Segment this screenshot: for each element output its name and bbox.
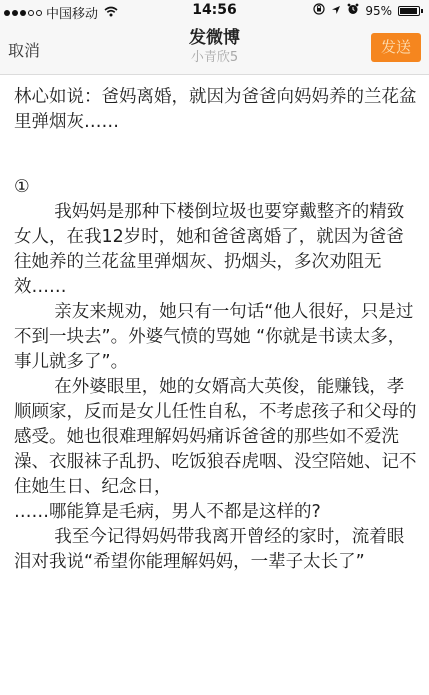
location-arrow-icon [331, 4, 341, 18]
post-headline: 林心如说：爸妈离婚，就因为爸爸向妈妈养的兰花盆里弹烟灰…… [14, 85, 419, 135]
battery-percent: 95% [365, 4, 392, 18]
post-paragraph: 在外婆眼里，她的女婿高大英俊，能赚钱，孝顺顾家，反而是女儿任性自私，不考虑孩子和… [14, 375, 419, 500]
compose-text-area[interactable]: 林心如说：爸妈离婚，就因为爸爸向妈妈养的兰花盆里弹烟灰…… ① 我妈妈是那种下楼… [14, 85, 419, 575]
section-marker: ① [14, 175, 419, 200]
page-title: 发微博 [0, 28, 429, 49]
account-name: 小青欣5 [0, 49, 429, 66]
post-paragraph: 我妈妈是那种下楼倒垃圾也要穿戴整齐的精致女人，在我12岁时，她和爸爸离婚了，就因… [14, 200, 419, 300]
battery-icon [398, 6, 423, 16]
blank-line [14, 135, 419, 175]
post-paragraph: 亲友来规劝，她只有一句话“他人很好，只是过不到一块去”。外婆气愤的骂她 “你就是… [14, 300, 419, 375]
orientation-lock-icon [313, 3, 325, 18]
post-paragraph: 我至今记得妈妈带我离开曾经的家时，流着眼泪对我说“希望你能理解妈妈，一辈子太长了… [14, 525, 419, 575]
alarm-icon [347, 3, 359, 18]
status-bar: 中国移动 14:56 [0, 0, 429, 22]
send-button[interactable]: 发送 [371, 33, 421, 62]
status-right: 95% [313, 3, 423, 18]
nav-title-group: 发微博 小青欣5 [0, 28, 429, 66]
nav-bar: 取消 发微博 小青欣5 发送 [0, 22, 429, 75]
post-paragraph: ……哪能算是毛病，男人不都是这样的? [14, 500, 419, 525]
